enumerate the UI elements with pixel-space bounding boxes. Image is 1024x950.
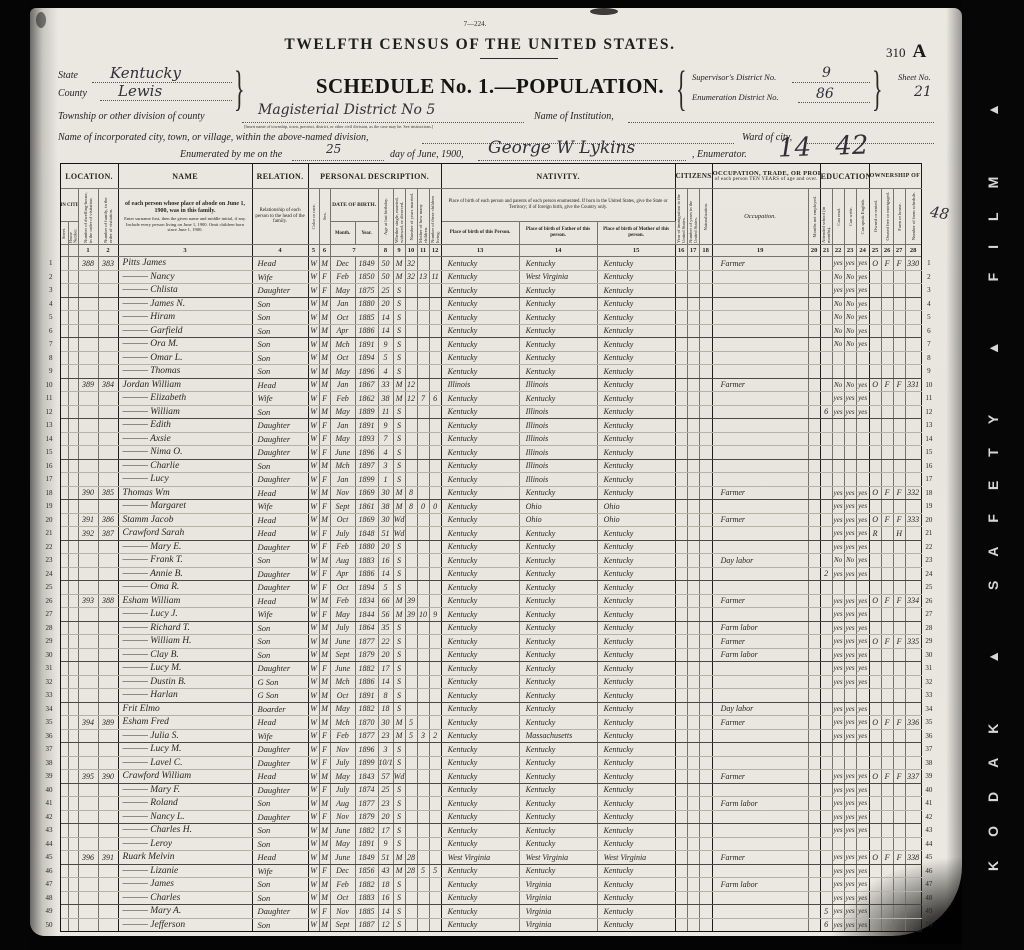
cell-marital: M <box>393 608 405 622</box>
cell-sex: F <box>319 432 330 446</box>
cell-street <box>60 891 68 905</box>
row-number-right: 2 <box>921 270 936 284</box>
cell-children-living <box>429 432 441 446</box>
cell-can-speak: yes <box>856 608 869 622</box>
column-number <box>68 245 78 257</box>
cell-name: ——— Edith <box>118 419 252 433</box>
cell-farm-schedule: 331 <box>905 378 921 392</box>
cell-birth-year: 1894 <box>355 351 378 365</box>
cell-pob-father: Illinois <box>519 432 597 446</box>
cell-can-speak <box>856 419 869 433</box>
cell-pob-father: Kentucky <box>519 324 597 338</box>
col-group-name: NAME <box>118 164 252 189</box>
cell-marital: M <box>393 851 405 865</box>
cell-dwelling-number <box>78 783 98 797</box>
cell-attended-school <box>820 702 832 716</box>
cell-can-write: yes <box>844 527 856 541</box>
cell-years-married <box>405 797 417 811</box>
cell-family-number: 385 <box>98 486 118 500</box>
cell-naturalization <box>699 365 712 379</box>
cell-dwelling-number: 395 <box>78 770 98 784</box>
cell-birth-month: May <box>330 432 355 446</box>
cell-years-married <box>405 770 417 784</box>
cell-sex: M <box>319 635 330 649</box>
cell-age: 38 <box>378 392 393 406</box>
cell-name: ——— Charlie <box>118 459 252 473</box>
cell-children-living <box>429 635 441 649</box>
cell-sex: M <box>319 878 330 892</box>
cell-name: ——— Lucy J. <box>118 608 252 622</box>
cell-color: W <box>308 473 319 487</box>
cell-owned-free: F <box>881 716 893 730</box>
column-number: 4 <box>252 245 308 257</box>
cell-years-in-us <box>687 446 699 460</box>
cell-years-married <box>405 743 417 757</box>
cell-age: 16 <box>378 554 393 568</box>
cell-occupation <box>712 662 808 676</box>
cell-attended-school <box>820 594 832 608</box>
cell-color: W <box>308 662 319 676</box>
col-birth-month: Month. <box>330 222 355 245</box>
cell-family-number <box>98 635 118 649</box>
cell-pob-person: Kentucky <box>441 405 519 419</box>
cell-name: ——— James <box>118 878 252 892</box>
cell-owned-free <box>881 756 893 770</box>
cell-occupation <box>712 311 808 325</box>
cell-name: Stamm Jacob <box>118 513 252 527</box>
cell-children-living <box>429 851 441 865</box>
cell-occupation <box>712 500 808 514</box>
cell-name: ——— Thomas <box>118 365 252 379</box>
row-number-right: 18 <box>921 486 936 500</box>
cell-owned-rented <box>869 810 881 824</box>
cell-years-married <box>405 635 417 649</box>
cell-birth-year: 1874 <box>355 783 378 797</box>
township-note: [Insert name of township, town, precinct… <box>244 124 433 129</box>
district-brace-close: } <box>872 60 883 117</box>
cell-house-number <box>68 473 78 487</box>
cell-immigration <box>675 338 687 352</box>
cell-farm-schedule: 336 <box>905 716 921 730</box>
column-number: 3 <box>118 245 252 257</box>
column-number: 13 <box>441 245 519 257</box>
cell-sex: F <box>319 527 330 541</box>
cell-dwelling-number <box>78 351 98 365</box>
cell-age: 10/12 <box>378 756 393 770</box>
cell-immigration <box>675 392 687 406</box>
enumeration-line <box>798 101 870 103</box>
cell-mother-of <box>417 459 429 473</box>
cell-months-not-employed <box>808 527 820 541</box>
cell-occupation: Day labor <box>712 702 808 716</box>
col-relation-description: Relationship of each person to the head … <box>252 189 308 245</box>
page-title: TWELFTH CENSUS OF THE UNITED STATES. <box>30 36 930 54</box>
col-occupation: Occupation. <box>712 189 808 245</box>
cell-pob-mother: Kentucky <box>597 405 675 419</box>
cell-immigration <box>675 702 687 716</box>
cell-pob-person: Kentucky <box>441 365 519 379</box>
cell-dwelling-number <box>78 365 98 379</box>
cell-pob-mother: Kentucky <box>597 419 675 433</box>
cell-immigration <box>675 608 687 622</box>
cell-months-not-employed <box>808 702 820 716</box>
cell-birth-year: 1877 <box>355 797 378 811</box>
cell-children-living <box>429 297 441 311</box>
cell-relation: Daughter <box>252 567 308 581</box>
cell-house-number <box>68 378 78 392</box>
row-number-left: 33 <box>36 689 60 703</box>
cell-can-speak: yes <box>856 284 869 298</box>
cell-family-number <box>98 837 118 851</box>
cell-birth-month: Feb <box>330 270 355 284</box>
cell-marital: S <box>393 743 405 757</box>
row-number-left: 21 <box>36 527 60 541</box>
cell-pob-person: Kentucky <box>441 419 519 433</box>
cell-pob-person: Kentucky <box>441 797 519 811</box>
cell-marital: M <box>393 594 405 608</box>
cell-relation: Daughter <box>252 284 308 298</box>
cell-street <box>60 324 68 338</box>
cell-birth-month: Feb <box>330 540 355 554</box>
cell-name: ——— Mary A. <box>118 905 252 919</box>
cell-naturalization <box>699 446 712 460</box>
cell-pob-father: Kentucky <box>519 689 597 703</box>
cell-farm-schedule <box>905 527 921 541</box>
cell-marital: S <box>393 338 405 352</box>
cell-children-living <box>429 891 441 905</box>
cell-farm-house <box>893 675 905 689</box>
cell-occupation <box>712 864 808 878</box>
row-number-left: 10 <box>36 378 60 392</box>
cell-birth-month: Jan <box>330 473 355 487</box>
cell-birth-year: 1879 <box>355 810 378 824</box>
row-number-left: 12 <box>36 405 60 419</box>
cell-name: ——— Ora M. <box>118 338 252 352</box>
cell-can-read: yes <box>832 797 844 811</box>
cell-farm-house <box>893 419 905 433</box>
cell-pob-person: Kentucky <box>441 648 519 662</box>
cell-pob-mother: Ohio <box>597 500 675 514</box>
cell-years-married: 32 <box>405 270 417 284</box>
cell-age: 33 <box>378 378 393 392</box>
cell-can-speak: yes <box>856 297 869 311</box>
cell-dwelling-number <box>78 554 98 568</box>
cell-naturalization <box>699 878 712 892</box>
cell-immigration <box>675 864 687 878</box>
cell-family-number <box>98 432 118 446</box>
cell-owned-rented <box>869 702 881 716</box>
cell-can-read: yes <box>832 851 844 865</box>
row-number-right: 21 <box>921 527 936 541</box>
cell-occupation <box>712 284 808 298</box>
cell-color: W <box>308 864 319 878</box>
cell-farm-schedule <box>905 905 921 919</box>
cell-naturalization <box>699 392 712 406</box>
cell-age: 23 <box>378 797 393 811</box>
cell-years-married: 39 <box>405 608 417 622</box>
cell-farm-schedule <box>905 608 921 622</box>
cell-birth-month: Mch <box>330 716 355 730</box>
cell-sex: M <box>319 338 330 352</box>
cell-years-in-us <box>687 405 699 419</box>
cell-family-number <box>98 324 118 338</box>
cell-farm-house <box>893 729 905 743</box>
cell-months-not-employed <box>808 473 820 487</box>
cell-naturalization <box>699 378 712 392</box>
cell-pob-father: Virginia <box>519 905 597 919</box>
cell-can-write: yes <box>844 513 856 527</box>
cell-color: W <box>308 446 319 460</box>
cell-marital: S <box>393 446 405 460</box>
cell-can-read: yes <box>832 810 844 824</box>
cell-can-speak: yes <box>856 405 869 419</box>
cell-attended-school <box>820 432 832 446</box>
cell-pob-mother: Kentucky <box>597 540 675 554</box>
cell-can-speak <box>856 743 869 757</box>
cell-dwelling-number <box>78 270 98 284</box>
census-row: 31——— Lucy M.DaughterWFJune188217SKentuc… <box>36 662 936 676</box>
cell-relation: Head <box>252 594 308 608</box>
cell-pob-mother: Kentucky <box>597 729 675 743</box>
census-row: 9——— ThomasSonWMMay18964SKentuckyKentuck… <box>36 365 936 379</box>
cell-dwelling-number <box>78 662 98 676</box>
cell-pob-father: Kentucky <box>519 608 597 622</box>
cell-attended-school <box>820 581 832 595</box>
cell-age: 14 <box>378 311 393 325</box>
cell-birth-month: Jan <box>330 378 355 392</box>
cell-occupation: Farmer <box>712 716 808 730</box>
cell-can-speak: yes <box>856 527 869 541</box>
city-label: Name of incorporated city, town, or vill… <box>58 132 369 143</box>
cell-relation: Son <box>252 338 308 352</box>
paper-edge-shadow-right <box>946 8 962 936</box>
cell-birth-year: 1861 <box>355 500 378 514</box>
cell-street <box>60 257 68 271</box>
col-name-description: of each person whose place of abode on J… <box>118 189 252 245</box>
row-number-right: 17 <box>921 473 936 487</box>
cell-children-living: 0 <box>429 500 441 514</box>
cell-pob-father: Kentucky <box>519 810 597 824</box>
cell-pob-person: Kentucky <box>441 351 519 365</box>
col-group-relation: RELATION. <box>252 164 308 189</box>
cell-age: 38 <box>378 500 393 514</box>
cell-can-read: No <box>832 311 844 325</box>
cell-farm-schedule <box>905 338 921 352</box>
cell-relation: Son <box>252 365 308 379</box>
cell-years-married <box>405 621 417 635</box>
cell-can-speak: yes <box>856 783 869 797</box>
cell-attended-school <box>820 608 832 622</box>
cell-age: 7 <box>378 432 393 446</box>
cell-color: W <box>308 527 319 541</box>
cell-birth-month: May <box>330 837 355 851</box>
cell-dwelling-number <box>78 405 98 419</box>
cell-color: W <box>308 567 319 581</box>
cell-family-number <box>98 540 118 554</box>
row-number-right: 36 <box>921 729 936 743</box>
cell-years-in-us <box>687 662 699 676</box>
cell-years-married <box>405 446 417 460</box>
cell-pob-mother: Kentucky <box>597 473 675 487</box>
cell-attended-school <box>820 284 832 298</box>
state-value: Kentucky <box>110 64 181 82</box>
cell-mother-of <box>417 527 429 541</box>
cell-pob-mother: Kentucky <box>597 567 675 581</box>
cell-sex: F <box>319 446 330 460</box>
cell-naturalization <box>699 837 712 851</box>
cell-years-in-us <box>687 554 699 568</box>
cell-can-read: yes <box>832 257 844 271</box>
row-number-right: 6 <box>921 324 936 338</box>
cell-pob-person: Illinois <box>441 378 519 392</box>
cell-street <box>60 581 68 595</box>
cell-pob-mother: Kentucky <box>597 621 675 635</box>
cell-sex: M <box>319 675 330 689</box>
cell-pob-mother: Kentucky <box>597 270 675 284</box>
cell-age: 8 <box>378 689 393 703</box>
cell-name: ——— Frank T. <box>118 554 252 568</box>
cell-pob-person: Kentucky <box>441 729 519 743</box>
cell-birth-year: 1885 <box>355 905 378 919</box>
cell-can-speak: yes <box>856 851 869 865</box>
cell-sex: F <box>319 662 330 676</box>
cell-owned-free <box>881 500 893 514</box>
row-number-right: 28 <box>921 621 936 635</box>
cell-marital: S <box>393 419 405 433</box>
cell-years-married <box>405 405 417 419</box>
cell-can-speak: yes <box>856 392 869 406</box>
row-number-left: 27 <box>36 608 60 622</box>
cell-can-speak: yes <box>856 500 869 514</box>
census-row: 4——— James N.SonWMJan188020SKentuckyKent… <box>36 297 936 311</box>
enumerator-name: George W Lykins <box>488 138 635 158</box>
cell-can-read: yes <box>832 284 844 298</box>
cell-birth-year: 1899 <box>355 756 378 770</box>
cell-name: ——— Lizanie <box>118 864 252 878</box>
cell-birth-year: 1886 <box>355 567 378 581</box>
cell-pob-mother: Kentucky <box>597 351 675 365</box>
cell-naturalization <box>699 500 712 514</box>
cell-pob-person: Kentucky <box>441 675 519 689</box>
cell-years-in-us <box>687 419 699 433</box>
cell-pob-father: Illinois <box>519 378 597 392</box>
cell-sex: M <box>319 689 330 703</box>
cell-can-write: yes <box>844 797 856 811</box>
cell-dwelling-number <box>78 608 98 622</box>
cell-house-number <box>68 797 78 811</box>
cell-can-read <box>832 351 844 365</box>
cell-can-read: yes <box>832 702 844 716</box>
cell-street <box>60 594 68 608</box>
cell-color: W <box>308 351 319 365</box>
cell-farm-house <box>893 311 905 325</box>
cell-owned-free: F <box>881 851 893 865</box>
cell-farm-house <box>893 608 905 622</box>
row-number-right: 43 <box>921 824 936 838</box>
row-number-right: 49 <box>921 905 936 919</box>
cell-can-write <box>844 581 856 595</box>
cell-can-write: yes <box>844 405 856 419</box>
cell-age: 5 <box>378 351 393 365</box>
cell-house-number <box>68 905 78 919</box>
cell-pob-mother: Kentucky <box>597 338 675 352</box>
cell-attended-school <box>820 716 832 730</box>
cell-pob-person: Kentucky <box>441 338 519 352</box>
cell-name: ——— Richard T. <box>118 621 252 635</box>
cell-naturalization <box>699 594 712 608</box>
cell-sex: M <box>319 918 330 932</box>
cell-can-speak: yes <box>856 864 869 878</box>
cell-house-number <box>68 500 78 514</box>
census-row: 18390385Thomas WmHeadWMNov186930M8Kentuc… <box>36 486 936 500</box>
cell-pob-person: West Virginia <box>441 851 519 865</box>
cell-can-speak: yes <box>856 918 869 932</box>
cell-marital: Wd <box>393 527 405 541</box>
col-naturalization: Naturalization. <box>699 189 712 245</box>
cell-relation: Son <box>252 824 308 838</box>
cell-mother-of <box>417 432 429 446</box>
cell-relation: Head <box>252 378 308 392</box>
census-row: 34Frit ElmoBoarderWMMay188218SKentuckyKe… <box>36 702 936 716</box>
cell-pob-person: Kentucky <box>441 594 519 608</box>
cell-can-write <box>844 459 856 473</box>
cell-mother-of <box>417 891 429 905</box>
cell-farm-house <box>893 878 905 892</box>
cell-months-not-employed <box>808 432 820 446</box>
cell-farm-house <box>893 473 905 487</box>
cell-pob-person: Kentucky <box>441 702 519 716</box>
cell-pob-person: Kentucky <box>441 446 519 460</box>
cell-farm-house <box>893 270 905 284</box>
cell-pob-father: Virginia <box>519 878 597 892</box>
cell-mother-of <box>417 837 429 851</box>
cell-years-in-us <box>687 486 699 500</box>
smudge-mark <box>590 8 618 15</box>
cell-months-not-employed <box>808 513 820 527</box>
occupation-group-subtitle: of each person TEN YEARS of age and over… <box>713 177 820 183</box>
cell-children-living <box>429 702 441 716</box>
row-number-left: 44 <box>36 837 60 851</box>
cell-pob-mother: Kentucky <box>597 635 675 649</box>
cell-sex: F <box>319 392 330 406</box>
cell-dwelling-number <box>78 635 98 649</box>
cell-immigration <box>675 837 687 851</box>
row-number-left: 38 <box>36 756 60 770</box>
cell-farm-schedule <box>905 743 921 757</box>
cell-children-living: 2 <box>429 729 441 743</box>
cell-birth-year: 1850 <box>355 270 378 284</box>
cell-house-number <box>68 527 78 541</box>
cell-family-number <box>98 864 118 878</box>
cell-house-number <box>68 554 78 568</box>
cell-owned-rented: O <box>869 513 881 527</box>
cell-color: W <box>308 297 319 311</box>
cell-sex: F <box>319 756 330 770</box>
row-number-right: 23 <box>921 554 936 568</box>
row-number-right: 35 <box>921 716 936 730</box>
cell-birth-month: Jan <box>330 419 355 433</box>
cell-owned-rented <box>869 365 881 379</box>
cell-farm-house <box>893 392 905 406</box>
cell-can-speak: yes <box>856 270 869 284</box>
cell-name: ——— Elizabeth <box>118 392 252 406</box>
census-row: 8——— Omar L.SonWMOct18945SKentuckyKentuc… <box>36 351 936 365</box>
cell-years-in-us <box>687 918 699 932</box>
cell-birth-month: Feb <box>330 729 355 743</box>
cell-can-write: yes <box>844 500 856 514</box>
cell-can-write: yes <box>844 608 856 622</box>
cell-owned-rented <box>869 675 881 689</box>
